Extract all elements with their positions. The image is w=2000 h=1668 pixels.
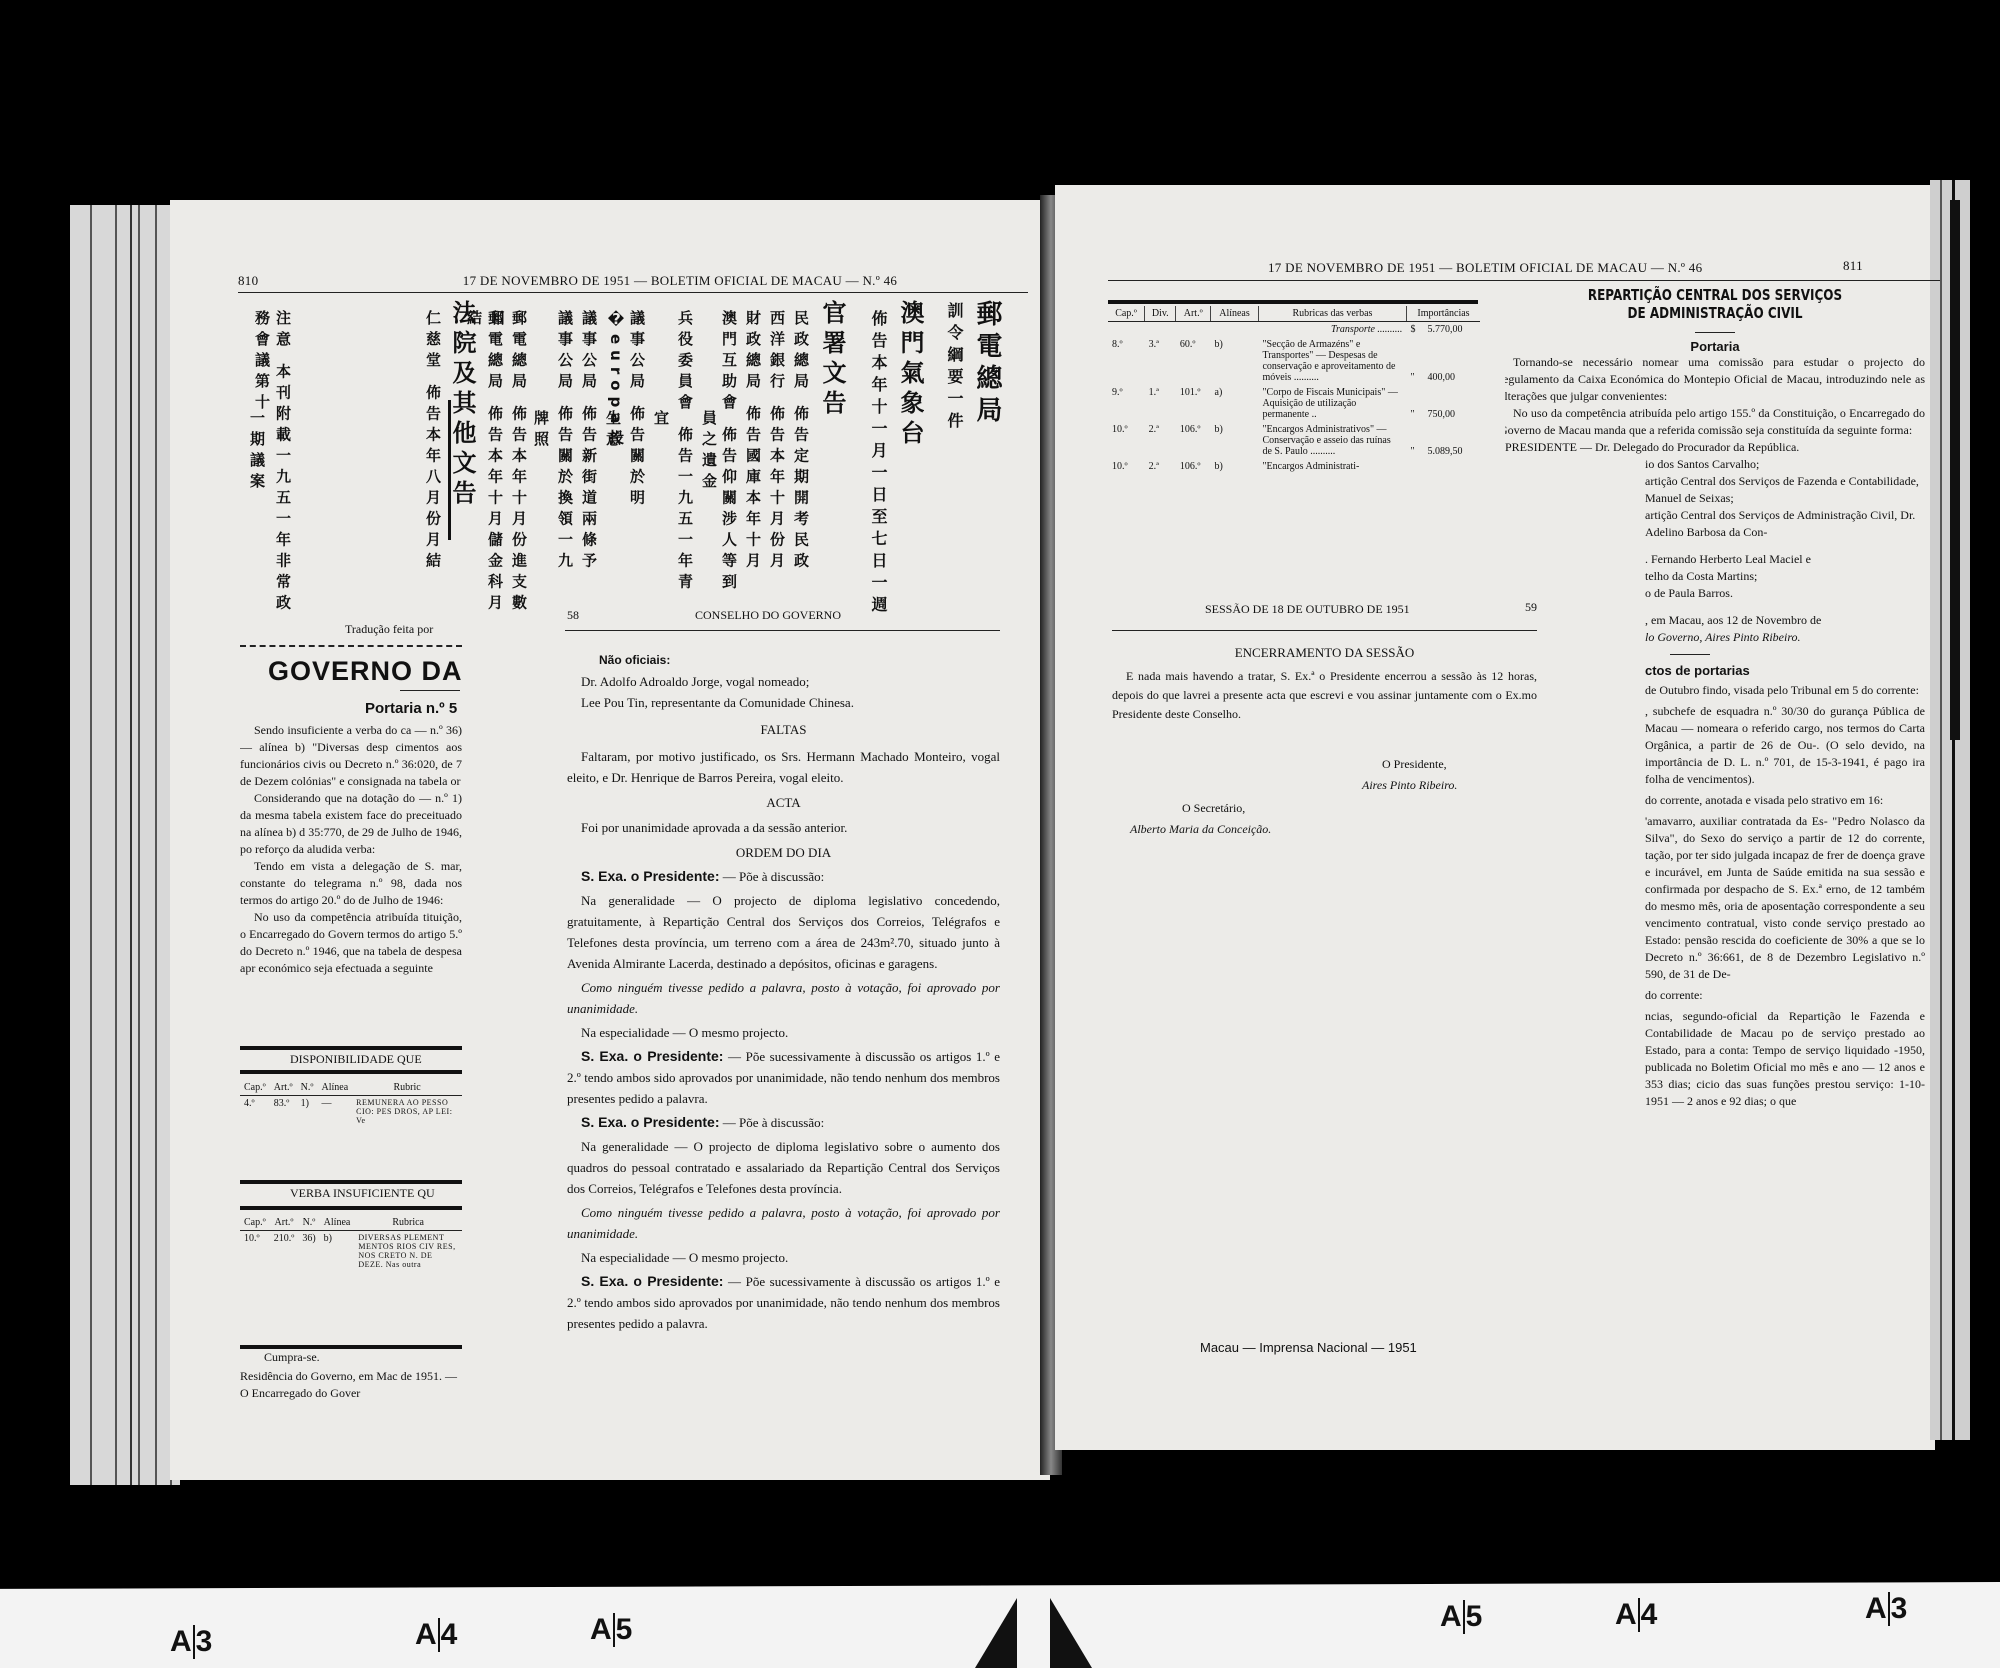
reparticao-title-1: REPARTIÇÃO CENTRAL DOS SERVIÇOS xyxy=(1547,286,1883,304)
acta-title: ACTA xyxy=(567,792,1000,813)
marker-number: 4 xyxy=(441,1618,458,1651)
cjk-heading-official-notices: 官署文告 xyxy=(815,300,850,420)
cjk-line: 生意 xyxy=(603,410,624,452)
table-cell xyxy=(1423,459,1480,474)
reparticao-paragraph: Tornando-se necessário nomear uma comiss… xyxy=(1505,354,1925,405)
left-page-number: 810 xyxy=(238,273,258,289)
table-header-cell: Cap.º xyxy=(1108,306,1145,322)
film-marker: A3 xyxy=(1865,1592,1907,1626)
reparticao-title-2: DE ADMINISTRAÇÃO CIVIL xyxy=(1547,304,1883,322)
table-cell: a) xyxy=(1211,385,1259,422)
chinese-notices: 郵電總局 訓令綱要一件 澳門氣象台 佈告本年十一月一日至七日一週 官署文告 民政… xyxy=(230,300,1010,620)
signature-line: lo Governo, Aires Pinto Ribeiro. xyxy=(1505,629,1925,646)
governo-paragraph: No uso da competência atribuída tituição… xyxy=(240,909,462,977)
marker-bar xyxy=(438,1618,440,1652)
table-header-cell: Alínea xyxy=(317,1080,352,1096)
closing-residencia: Residência do Governo, em Mac de 1951. —… xyxy=(240,1368,462,1402)
member-line: telho da Costa Martins; xyxy=(1505,568,1925,585)
marker-bar xyxy=(613,1613,615,1647)
table-cell: 5.089,50 xyxy=(1423,422,1480,459)
cjk-line: 民政總局 佈告定期開考民政 xyxy=(791,310,812,573)
table-cell: 2.ª xyxy=(1145,422,1176,459)
table-cell: 9.º xyxy=(1108,385,1145,422)
cjk-line: 議事公局 佈告關於明�europa投 xyxy=(606,310,648,620)
table-cell: 8.º xyxy=(1108,337,1145,385)
reparticao-portaria-title: Portaria xyxy=(1505,339,1925,354)
acta-text: Foi por unanimidade aprovada a da sessão… xyxy=(567,817,1000,838)
table-cell: " xyxy=(1406,385,1423,422)
table-cell: 10.º xyxy=(240,1231,270,1272)
table-cell: DIVERSAS PLEMENT MENTOS RIOS CIV RES, NO… xyxy=(354,1231,462,1272)
table-header-cell: Art.º xyxy=(270,1080,297,1096)
closing-cumpra: Cumpra-se. xyxy=(264,1350,320,1365)
left-arrow-icon xyxy=(975,1598,1017,1668)
table-cell: "Encargos Administrativos" — Conservação… xyxy=(1258,422,1406,459)
marker-letter: A xyxy=(415,1618,437,1651)
ordem-item: S. Exa. o Presidente: — Põe à discussão: xyxy=(567,1112,1000,1133)
speaker-label: S. Exa. o Presidente: xyxy=(581,868,720,884)
member-line: io dos Santos Carvalho; xyxy=(1505,456,1925,473)
marker-number: 4 xyxy=(1641,1598,1658,1631)
secretary-label: O Secretário, xyxy=(1112,798,1537,819)
conselho-header: CONSELHO DO GOVERNO xyxy=(695,608,841,623)
table-cell: 83.º xyxy=(270,1096,297,1128)
marker-letter: A xyxy=(170,1625,192,1658)
speaker-label: S. Exa. o Presidente: xyxy=(581,1273,723,1289)
cjk-line: 兵役委員會 佈告一九五一年青 xyxy=(675,310,696,594)
book-right-edge xyxy=(1930,180,1980,1440)
reparticao-column: REPARTIÇÃO CENTRAL DOS SERVIÇOS DE ADMIN… xyxy=(1505,286,1925,1386)
table-header-cell: Art.º xyxy=(1176,306,1211,322)
speaker-text: — Põe à discussão: xyxy=(720,869,825,884)
extractos-title: ctos de portarias xyxy=(1505,663,1925,678)
cjk-heading-post-office: 郵電總局 xyxy=(969,300,1006,428)
table-cell: 10.º xyxy=(1108,422,1145,459)
right-running-header: 17 DE NOVEMBRO DE 1951 — BOLETIM OFICIAL… xyxy=(1268,260,1702,276)
table-cell: 36) xyxy=(298,1231,319,1272)
marker-letter: A xyxy=(1865,1592,1887,1625)
table-cell: 106.º xyxy=(1176,422,1211,459)
table-row: 8.º3.ª60.ºb)"Secção de Armazéns" e Trans… xyxy=(1108,337,1480,385)
extracto-paragraph: , subchefe de esquadra n.º 30/30 do gura… xyxy=(1505,703,1925,788)
table-cell: " xyxy=(1406,422,1423,459)
ordem-item: S. Exa. o Presidente: — Põe sucessivamen… xyxy=(567,1046,1000,1109)
film-marker: A3 xyxy=(170,1625,212,1659)
table-cell xyxy=(1406,459,1423,474)
table-row: 9.º1.ª101.ºa)"Corpo de Fiscais Municipai… xyxy=(1108,385,1480,422)
faltas-text: Faltaram, por motivo justificado, os Srs… xyxy=(567,746,1000,788)
table-header-cell: Importâncias xyxy=(1406,306,1480,322)
encerramento-text: E nada mais havendo a tratar, S. Ex.ª o … xyxy=(1112,667,1537,724)
table-header-cell: Art.º xyxy=(270,1215,299,1231)
rubricas-table: Cap.ºDiv.Art.ºAlíneasRubricas das verbas… xyxy=(1108,306,1480,474)
extracto-paragraph: do corrente: xyxy=(1505,987,1925,1004)
speaker-text: — Põe à discussão: xyxy=(720,1115,825,1130)
member-line: artição Central dos Serviços de Fazenda … xyxy=(1505,473,1925,507)
governo-portaria-title: Portaria n.º 5 xyxy=(365,700,457,717)
ordem-item: Como ninguém tivesse pedido a palavra, p… xyxy=(567,1202,1000,1244)
table-cell: 4.º xyxy=(240,1096,270,1128)
ordem-item: Na generalidade — O projecto de diploma … xyxy=(567,1136,1000,1199)
cjk-line: 牌照 xyxy=(531,410,552,452)
extracto-paragraph: do corrente, anotada e visada pelo strat… xyxy=(1505,792,1925,809)
left-running-header: 17 DE NOVEMBRO DE 1951 — BOLETIM OFICIAL… xyxy=(400,273,960,289)
marker-number: 3 xyxy=(1891,1592,1908,1625)
signature-line: , em Macau, aos 12 de Novembro de xyxy=(1505,612,1925,629)
currency: $ xyxy=(1406,322,1423,338)
translation-note: Tradução feita por xyxy=(345,622,433,637)
ordem-item: S. Exa. o Presidente: — Põe à discussão: xyxy=(567,866,1000,887)
member-line: artição Central dos Serviços de Administ… xyxy=(1505,507,1925,541)
transport-label: Transporte .......... xyxy=(1258,322,1406,338)
member-line: Lee Pou Tin, representante da Comunidade… xyxy=(567,692,1000,713)
disponibilidade-table: Cap.ºArt.ºN.ºAlíneaRubric4.º83.º1)—REMUN… xyxy=(240,1080,462,1127)
speaker-label: S. Exa. o Presidente: xyxy=(581,1048,723,1064)
extracto-paragraph: 'amavarro, auxiliar contratada da Es- "P… xyxy=(1505,813,1925,983)
table-cell: 1.ª xyxy=(1145,385,1176,422)
encerramento-title: ENCERRAMENTO DA SESSÃO xyxy=(1112,642,1537,663)
right-arrow-icon xyxy=(1050,1598,1092,1668)
table-cell: 3.ª xyxy=(1145,337,1176,385)
table-cell: 400,00 xyxy=(1423,337,1480,385)
table-cell: b) xyxy=(320,1231,355,1272)
ordem-item: Na especialidade — O mesmo projecto. xyxy=(567,1022,1000,1043)
table-cell: b) xyxy=(1211,422,1259,459)
member-line: o de Paula Barros. xyxy=(1505,585,1925,602)
marker-number: 5 xyxy=(1466,1600,1483,1633)
cjk-line: 仁慈堂 佈告本年八月份月結 xyxy=(423,310,444,573)
speaker-label: S. Exa. o Presidente: xyxy=(581,1114,720,1130)
table1-title: DISPONIBILIDADE QUE xyxy=(290,1052,422,1067)
sessao-header: SESSÃO DE 18 DE OUTUBRO DE 1951 xyxy=(1205,602,1410,617)
secretary-name: Alberto Maria da Conceição. xyxy=(1112,819,1537,840)
table2-title: VERBA INSUFICIENTE QU xyxy=(290,1186,435,1201)
governo-paragraph: Tendo em vista a delegação de S. mar, co… xyxy=(240,858,462,909)
cjk-line: 議事公局 佈告關於換領一九 xyxy=(555,310,576,573)
cjk-line: 佈告本年十一月一日至七日一週 xyxy=(867,310,890,618)
governo-title: GOVERNO DA xyxy=(268,656,463,687)
table-cell: REMUNERA AO PESSO CIO: PES DROS, AP LEI:… xyxy=(352,1096,462,1128)
governo-paragraph: Considerando que na dotação do — n.º 1) … xyxy=(240,790,462,858)
commission-members: PRESIDENTE — Dr. Delegado do Procurador … xyxy=(1505,439,1925,602)
film-marker: A4 xyxy=(415,1618,457,1652)
marker-bar xyxy=(1463,1600,1465,1634)
table-cell: b) xyxy=(1211,459,1259,474)
president-label: O Presidente, xyxy=(1112,754,1537,775)
cjk-heading-observatory: 澳門氣象台 xyxy=(893,300,928,450)
member-line: . Fernando Herberto Leal Maciel e xyxy=(1505,551,1925,568)
marker-number: 5 xyxy=(616,1613,633,1646)
member-line: PRESIDENTE — Dr. Delegado do Procurador … xyxy=(1505,439,1925,456)
marker-number: 3 xyxy=(196,1625,213,1658)
table-header-cell: Cap.º xyxy=(240,1215,270,1231)
cjk-line: 財政總局 佈告國庫本年十月 xyxy=(743,310,764,573)
table-header-cell: Alíneas xyxy=(1211,306,1259,322)
table-header-cell: Cap.º xyxy=(240,1080,270,1096)
table-cell: 101.º xyxy=(1176,385,1211,422)
reparticao-paragraph: No uso da competência atribuída pelo art… xyxy=(1505,405,1925,439)
table-header-cell: Rubrica xyxy=(354,1215,462,1231)
extracto-paragraph: de Outubro findo, visada pelo Tribunal e… xyxy=(1505,682,1925,699)
ordem-items: S. Exa. o Presidente: — Põe à discussão:… xyxy=(567,866,1000,1334)
ordem-title: ORDEM DO DIA xyxy=(567,842,1000,863)
ordem-item: Na especialidade — O mesmo projecto. xyxy=(567,1247,1000,1268)
text xyxy=(1108,322,1258,338)
table-cell: "Encargos Administrati- xyxy=(1258,459,1406,474)
nao-oficiais-label: Não oficiais: xyxy=(567,650,1000,671)
table-cell: 60.º xyxy=(1176,337,1211,385)
film-marker: A4 xyxy=(1615,1598,1657,1632)
book-left-edge xyxy=(70,205,180,1485)
table-header-cell: Rubricas das verbas xyxy=(1258,306,1406,322)
marker-bar xyxy=(1888,1592,1890,1626)
table-cell: 2.ª xyxy=(1145,459,1176,474)
marker-letter: A xyxy=(1615,1598,1637,1631)
table-cell: "Secção de Armazéns" e Transportes" — De… xyxy=(1258,337,1406,385)
extractos-list: de Outubro findo, visada pelo Tribunal e… xyxy=(1505,682,1925,1110)
film-marker: A5 xyxy=(590,1613,632,1647)
sessao-body: ENCERRAMENTO DA SESSÃO E nada mais haven… xyxy=(1112,642,1537,840)
transport-amount: 5.770,00 xyxy=(1423,322,1480,338)
table-header-cell: Alínea xyxy=(320,1215,355,1231)
cjk-line: 宜 xyxy=(651,410,672,431)
conselho-body: Não oficiais: Dr. Adolfo Adroaldo Jorge,… xyxy=(567,650,1000,1334)
table-header-cell: Div. xyxy=(1145,306,1176,322)
table-row: 10.º2.ª106.ºb)"Encargos Administrati- xyxy=(1108,459,1480,474)
cjk-line: 西洋銀行 佈告本年十月份月 xyxy=(767,310,788,573)
cjk-note: 一期議案 xyxy=(247,410,268,494)
table-cell: — xyxy=(317,1096,352,1128)
table-header-cell: N.º xyxy=(298,1215,319,1231)
table-cell: 750,00 xyxy=(1423,385,1480,422)
table-cell: 106.º xyxy=(1176,459,1211,474)
governo-body: Sendo insuficiente a verba do ca — n.º 3… xyxy=(240,722,462,977)
faltas-title: FALTAS xyxy=(567,719,1000,740)
marker-letter: A xyxy=(1440,1600,1462,1633)
imprint: Macau — Imprensa Nacional — 1951 xyxy=(1200,1340,1417,1355)
cjk-line: 訓令綱要一件 xyxy=(943,302,966,434)
table-row: 10.º2.ª106.ºb)"Encargos Administrativos"… xyxy=(1108,422,1480,459)
table-cell: " xyxy=(1406,337,1423,385)
table-header-cell: Rubric xyxy=(352,1080,462,1096)
table-row: 10.º210.º36)b)DIVERSAS PLEMENT MENTOS RI… xyxy=(240,1231,462,1272)
extracto-paragraph: ncias, segundo-oficial da Repartição le … xyxy=(1505,1008,1925,1110)
ordem-item: Na generalidade — O projecto de diploma … xyxy=(567,890,1000,974)
table-header-cell: N.º xyxy=(297,1080,318,1096)
table-cell: b) xyxy=(1211,337,1259,385)
cjk-line: 澳門互助會 佈告仰關涉人等到 xyxy=(719,310,740,594)
verba-insuficiente-table: Cap.ºArt.ºN.ºAlíneaRubrica10.º210.º36)b)… xyxy=(240,1215,462,1271)
ordem-item: S. Exa. o Presidente: — Põe sucessivamen… xyxy=(567,1271,1000,1334)
marker-bar xyxy=(1638,1598,1640,1632)
table-cell: 1) xyxy=(297,1096,318,1128)
film-marker: A5 xyxy=(1440,1600,1482,1634)
table-cell: 10.º xyxy=(1108,459,1145,474)
table-cell: 210.º xyxy=(270,1231,299,1272)
president-name: Aires Pinto Ribeiro. xyxy=(1112,775,1537,796)
table-cell: "Corpo de Fiscais Municipais" — Aquisiçã… xyxy=(1258,385,1406,422)
member-line: Dr. Adolfo Adroaldo Jorge, vogal nomeado… xyxy=(567,671,1000,692)
cjk-line: 員之遺金 xyxy=(699,410,720,494)
marker-bar xyxy=(193,1625,195,1659)
table-row: 4.º83.º1)—REMUNERA AO PESSO CIO: PES DRO… xyxy=(240,1096,462,1128)
ordem-item: Como ninguém tivesse pedido a palavra, p… xyxy=(567,977,1000,1019)
right-page-number: 811 xyxy=(1843,258,1863,274)
cjk-line: 議事公局 佈告新街道兩條予 xyxy=(579,310,600,573)
conselho-page-number: 58 xyxy=(567,608,579,623)
governo-paragraph: Sendo insuficiente a verba do ca — n.º 3… xyxy=(240,722,462,790)
marker-letter: A xyxy=(590,1613,612,1646)
